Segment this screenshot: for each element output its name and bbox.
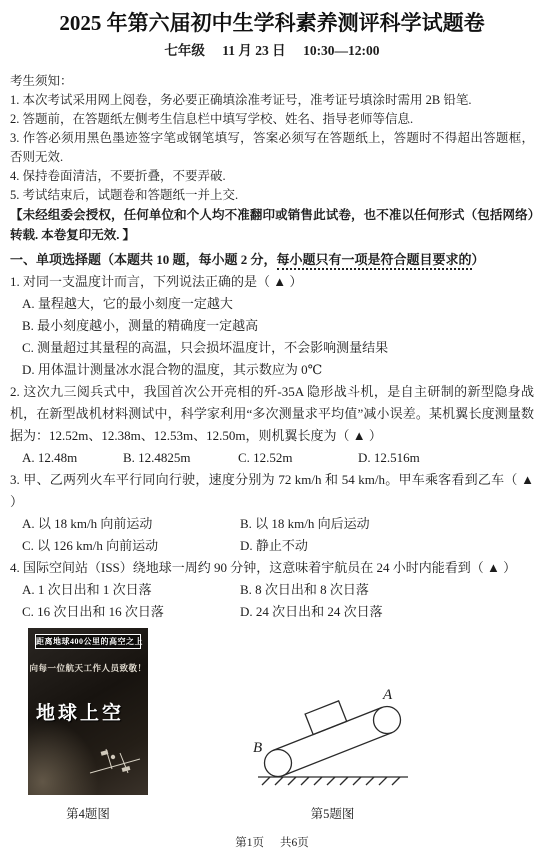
question-3-text: 3. 甲、乙两列火车平行同向行驶，速度分别为 72 km/h 和 54 km/h… <box>10 469 534 513</box>
notice-item-2: 2. 答题前，在答题纸左侧考生信息栏中填写学校、姓名、指导老师等信息. <box>10 110 534 129</box>
question-2-text: 2. 这次九三阅兵式中，我国首次公开亮相的歼-35A 隐形战斗机，是自主研制的新… <box>10 381 534 447</box>
belt-bottom-line <box>283 733 392 776</box>
question-3-options: A. 以 18 km/h 向前运动 B. 以 18 km/h 向后运动 C. 以… <box>10 513 534 557</box>
question-3-option-c: C. 以 126 km/h 向前运动 <box>22 535 240 557</box>
question-2-option-d: D. 12.516m <box>358 447 420 469</box>
current-page: 第1页 <box>235 837 264 849</box>
question-4-options: A. 1 次日出和 1 次日落 B. 8 次日出和 8 次日落 C. 16 次日… <box>10 579 534 623</box>
question-1-option-c: C. 测量超过其量程的高温，只会损坏温度计，不会影响测量结果 <box>22 337 534 359</box>
section-heading-emphasis: 每小题只有一项是符合题目要求的 <box>277 252 472 270</box>
exam-title: 2025 年第六届初中生学科素养测评科学试题卷 <box>10 10 534 36</box>
question-4-text: 4. 国际空间站（ISS）绕地球一周约 90 分钟，这意味着宇航员在 24 小时… <box>10 557 534 579</box>
exam-subtitle: 七年级 11 月 23 日 10:30—12:00 <box>10 42 534 60</box>
question-3-option-b: B. 以 18 km/h 向后运动 <box>240 513 534 535</box>
question-4-option-b: B. 8 次日出和 8 次日落 <box>240 579 534 601</box>
question-4-option-a: A. 1 次日出和 1 次日落 <box>22 579 240 601</box>
question-1-option-a: A. 量程越大，它的最小刻度一定越大 <box>22 293 534 315</box>
question-3-option-d: D. 静止不动 <box>240 535 534 557</box>
figure-5-caption: 第5题图 <box>250 806 415 822</box>
question-1-option-b: B. 最小刻度越小，测量的精确度一定越高 <box>22 315 534 337</box>
section-heading-suffix: ） <box>472 252 485 267</box>
question-2-option-b: B. 12.4825m <box>123 447 238 469</box>
question-1-options: A. 量程越大，它的最小刻度一定越大 B. 最小刻度越小，测量的精确度一定越高 … <box>10 293 534 381</box>
photo-banner-text: 距离地球400公里的高空之上 <box>35 634 141 649</box>
total-pages: 共6页 <box>280 837 309 849</box>
pulley-b <box>265 750 292 777</box>
photo-headline-text: 地球上空 <box>36 698 148 725</box>
page-number: 第1页共6页 <box>0 834 544 850</box>
question-4-figure-photo: 距离地球400公里的高空之上 向每一位航天工作人员致敬！ 地球上空 <box>28 628 148 795</box>
notice-item-1: 1. 本次考试采用网上阅卷，务必要正确填涂准考证号，准考证号填涂时需用 2B 铅… <box>10 91 534 110</box>
notice-item-5: 5. 考试结束后，试题卷和答题纸一并上交. <box>10 186 534 205</box>
exam-grade: 七年级 <box>164 43 205 58</box>
notice-heading: 考生须知： <box>10 72 534 91</box>
box-on-belt <box>305 701 347 735</box>
section-heading: 一、单项选择题（本题共 10 题，每小题 2 分，每小题只有一项是符合题目要求的… <box>10 249 534 271</box>
pulley-b-label: B <box>253 740 262 756</box>
exam-date: 11 月 23 日 <box>222 43 285 58</box>
question-4-option-d: D. 24 次日出和 24 次日落 <box>240 601 534 623</box>
copyright-notice: 【未经组委会授权，任何单位和个人均不准翻印或销售此试卷，也不准以任何形式（包括网… <box>10 205 534 245</box>
question-5-conveyor-diagram: A B <box>250 677 415 789</box>
question-2-option-c: C. 12.52m <box>238 447 358 469</box>
question-4-option-c: C. 16 次日出和 16 次日落 <box>22 601 240 623</box>
question-2-option-a: A. 12.48m <box>22 447 123 469</box>
question-1-option-d: D. 用体温计测量冰水混合物的温度，其示数应为 0℃ <box>22 359 534 381</box>
exam-time: 10:30—12:00 <box>303 43 380 58</box>
question-3-option-a: A. 以 18 km/h 向前运动 <box>22 513 240 535</box>
pulley-a <box>374 707 401 734</box>
exam-paper-page: 2025 年第六届初中生学科素养测评科学试题卷 七年级 11 月 23 日 10… <box>0 0 544 859</box>
question-1-text: 1. 对同一支温度计而言，下列说法正确的是（ ▲ ） <box>10 271 534 293</box>
section-heading-prefix: 一、单项选择题（本题共 10 题，每小题 2 分， <box>10 252 277 267</box>
figures-row: 距离地球400公里的高空之上 向每一位航天工作人员致敬！ 地球上空 第4题图 <box>10 623 534 829</box>
space-station-silhouette-icon <box>86 743 144 787</box>
pulley-a-label: A <box>382 687 393 703</box>
photo-tribute-text: 向每一位航天工作人员致敬！ <box>28 662 148 674</box>
notice-item-4: 4. 保持卷面清洁，不要折叠，不要弄破. <box>10 167 534 186</box>
question-2-options: A. 12.48m B. 12.4825m C. 12.52m D. 12.51… <box>10 447 534 469</box>
notice-item-3: 3. 作答必须用黑色墨迹签字笔或钢笔填写，答案必须写在答题纸上，答题时不得超出答… <box>10 129 534 167</box>
figure-4-caption: 第4题图 <box>28 806 148 822</box>
